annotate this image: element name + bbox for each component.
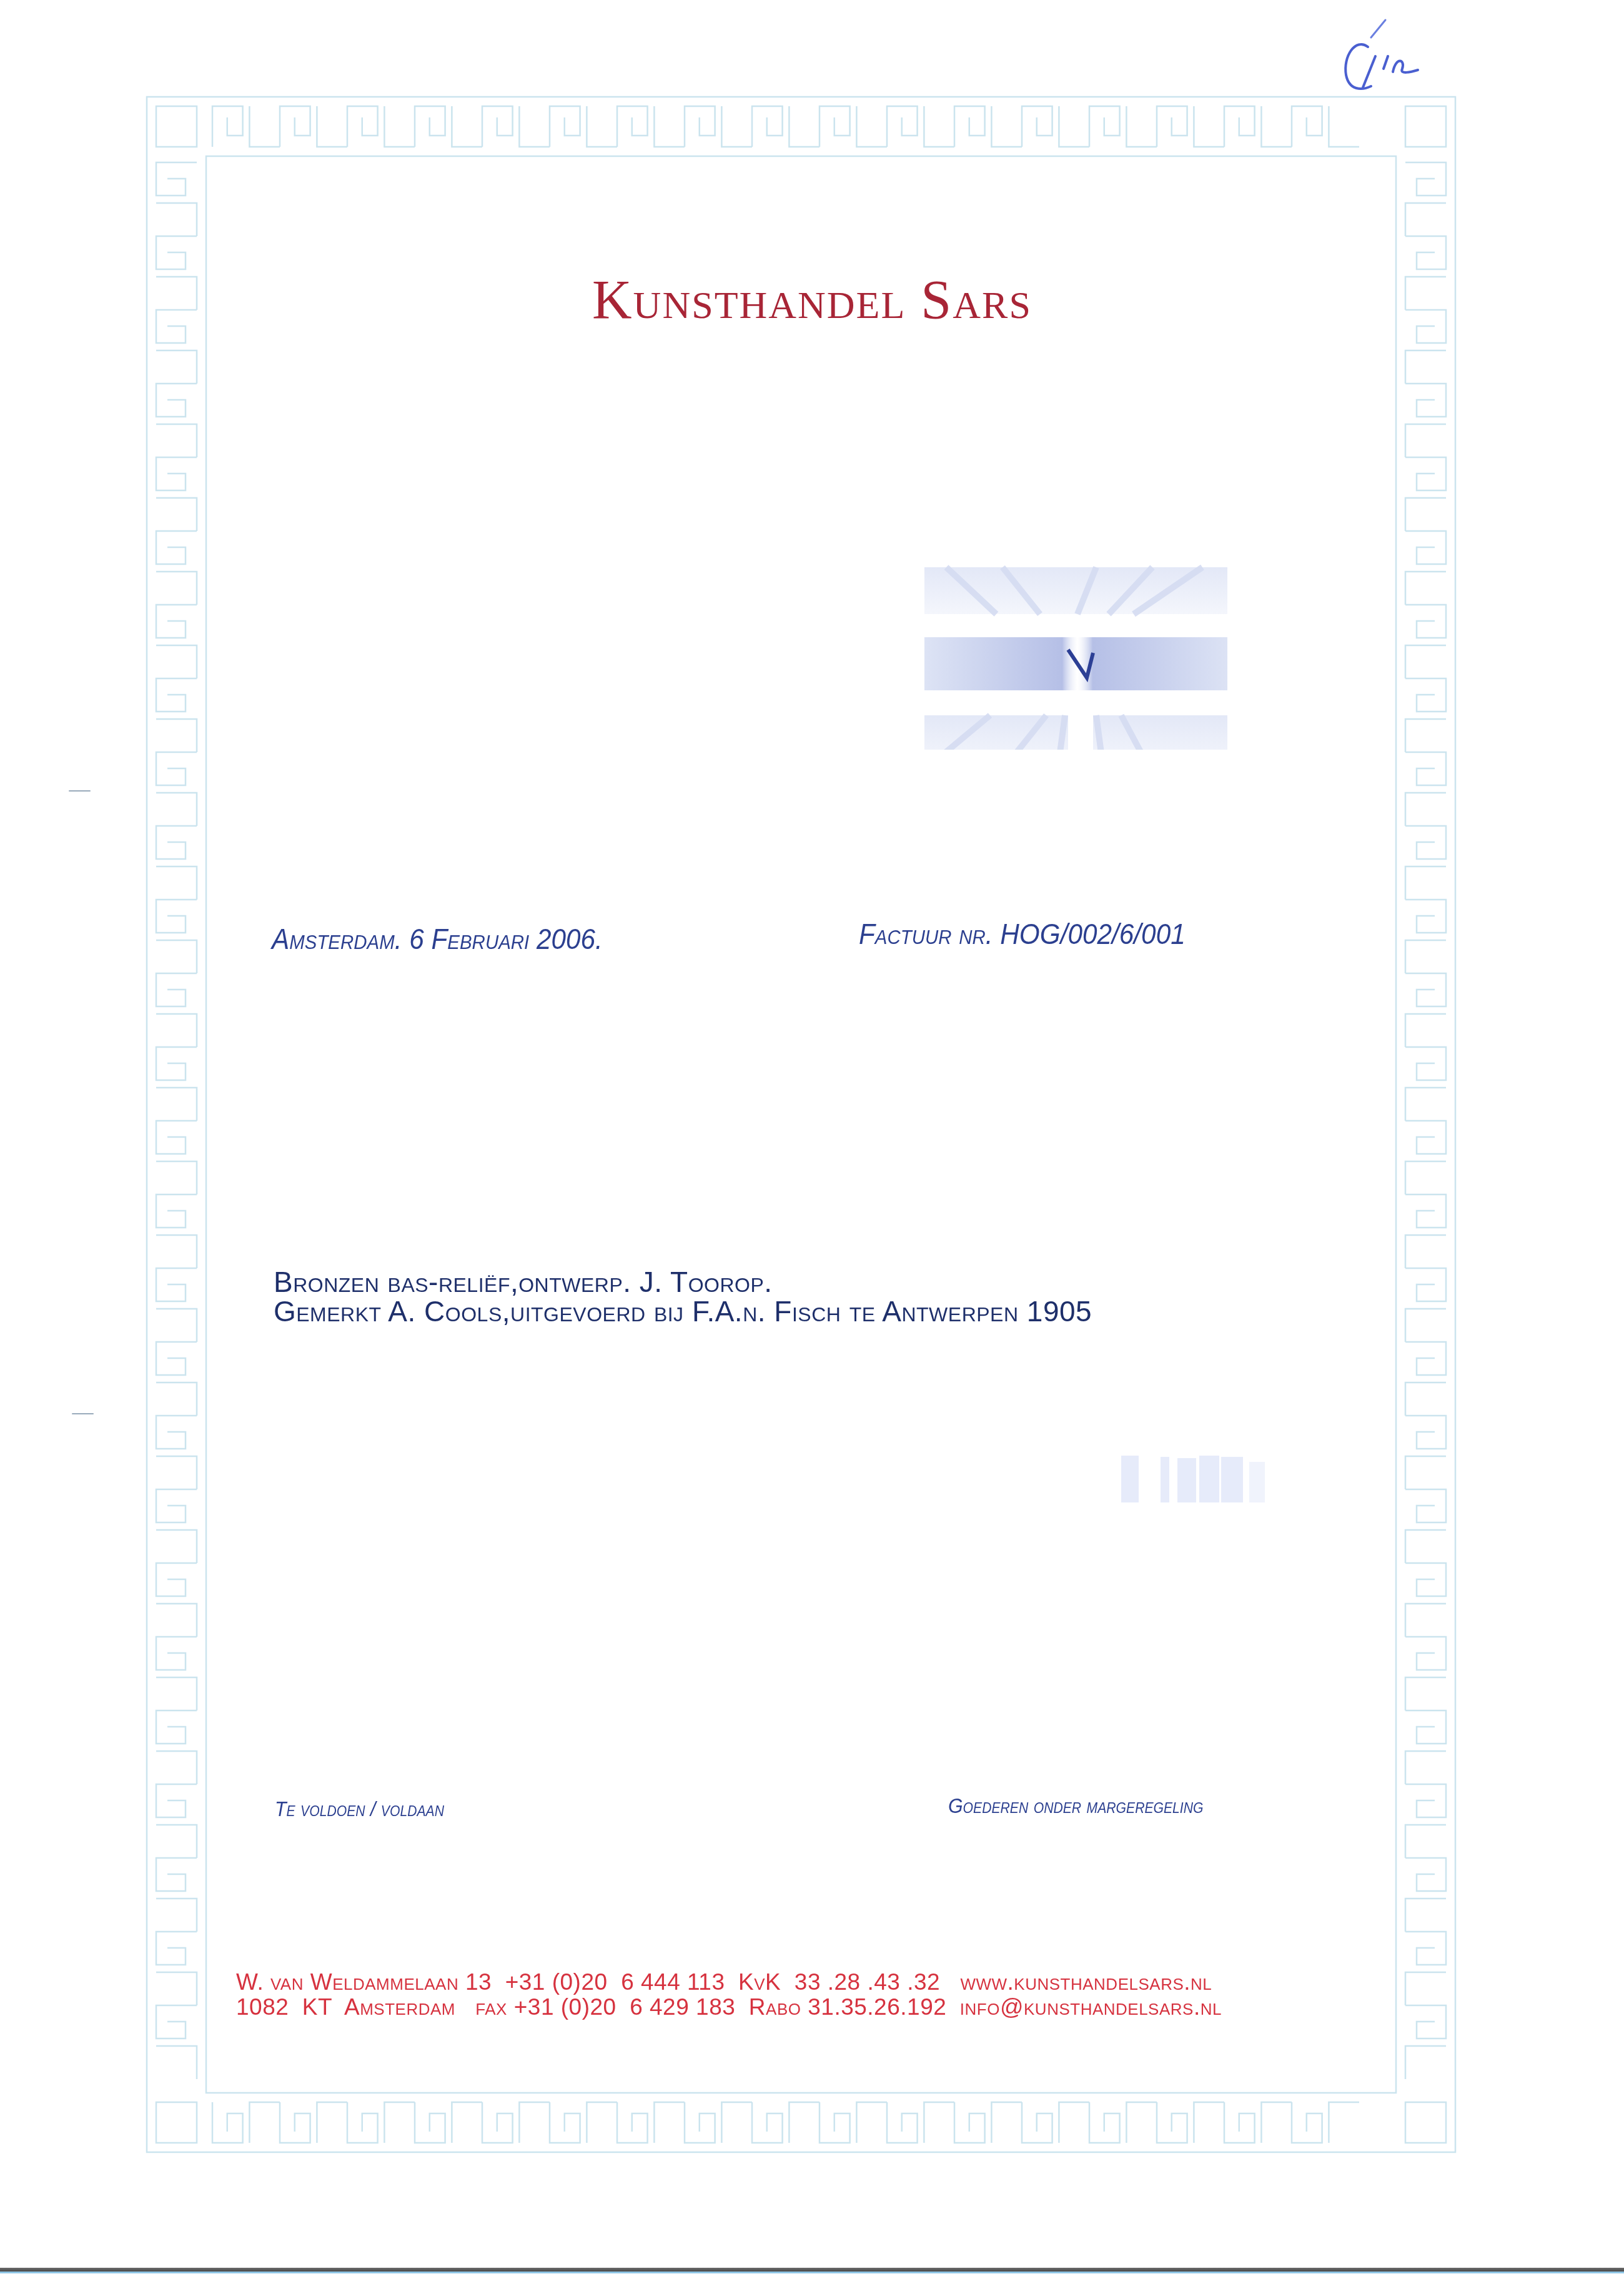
item-description-line-1: Bronzen bas-reliëf,ontwerp. J. Toorop. [274, 1265, 773, 1299]
scan-mark [72, 1413, 94, 1414]
scan-mark [69, 790, 91, 792]
footer-address-line-1: W. van Weldammelaan 13 +31 (0)20 6 444 1… [236, 1969, 1212, 1995]
scan-edge-highlight [0, 2272, 1624, 2273]
invoice-page: Cpro Kunsthandel Sars [0, 0, 1624, 2289]
company-logo [909, 550, 1227, 750]
item-description-line-2: Gemerkt A. Cools,uitgevoerd bij F.A.n. F… [274, 1294, 1092, 1328]
logo-watermark-smudge [1118, 1449, 1268, 1506]
vat-margin-scheme: Goederen onder margeregeling [948, 1794, 1203, 1818]
invoice-number: Factuur nr. HOG/002/6/001 [859, 917, 1186, 951]
payment-status: Te voldoen / voldaan [275, 1797, 444, 1821]
place-and-date: Amsterdam. 6 Februari 2006. [272, 922, 603, 956]
handwritten-annotation: Cpro [1324, 12, 1424, 97]
footer-address-line-2: 1082 KT Amsterdam fax +31 (0)20 6 429 18… [236, 1994, 1222, 2020]
greek-key-border [0, 0, 1624, 2289]
company-name: Kunsthandel Sars [422, 269, 1202, 332]
